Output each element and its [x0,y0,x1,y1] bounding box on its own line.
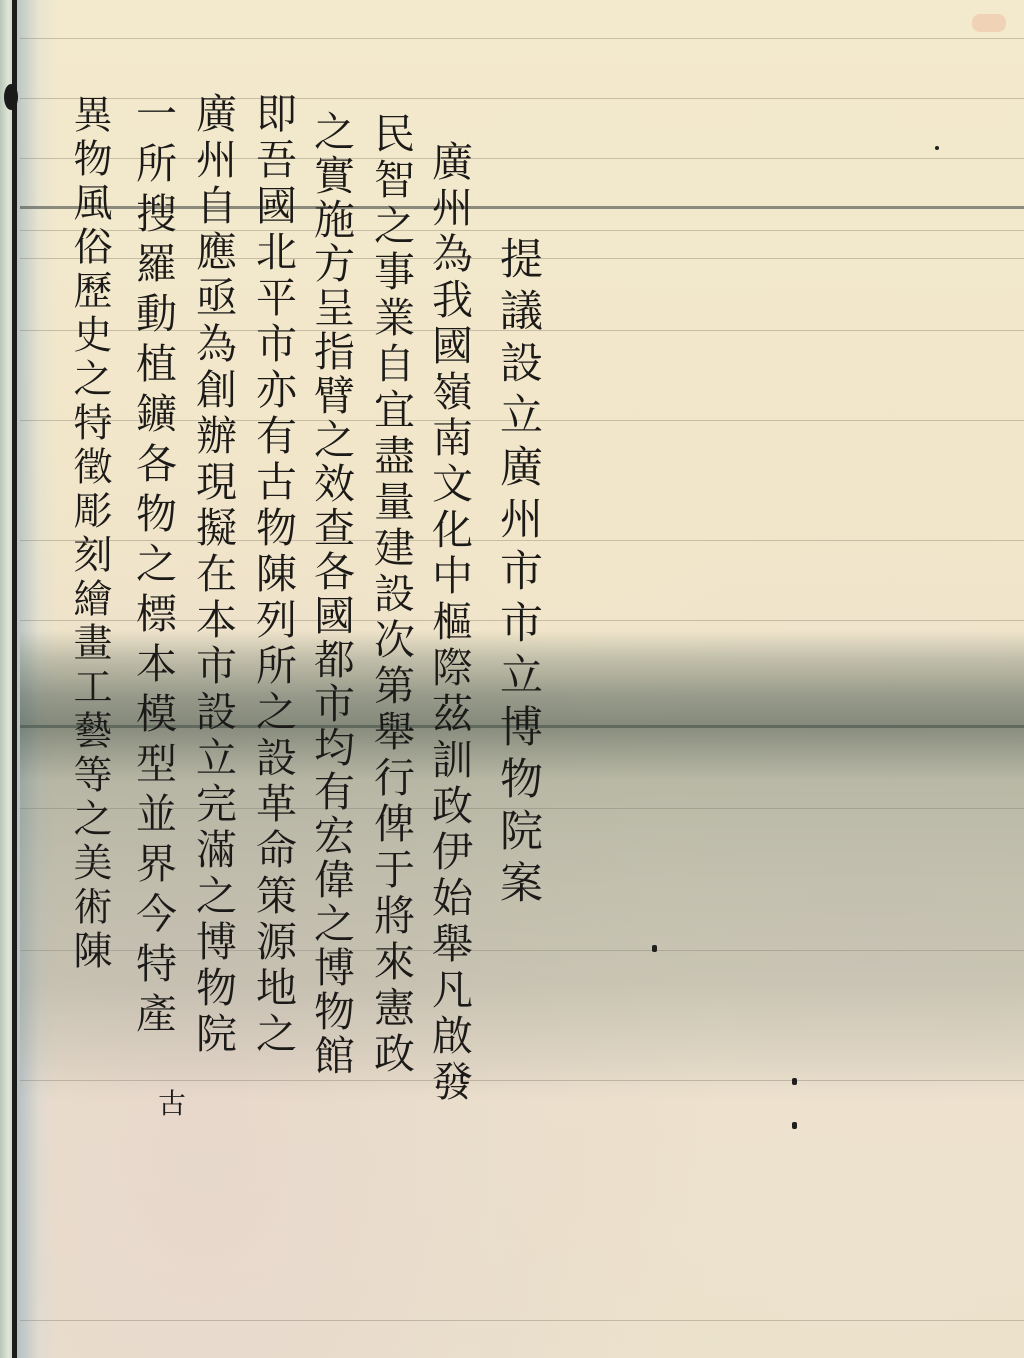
text-column-6: 一所搜羅動植鑛各物之標本模型並界今特產 [132,92,173,1042]
text-column-5: 廣州自應亟為創辦現擬在本市設立完滿之博物院 [192,92,233,1058]
binding-thread-knot [4,84,18,110]
text-column-3: 之實施方呈指臂之效查各國都市均有宏偉之博物館 [310,110,351,1078]
proposal-title: 提議設立廣州市市立博物院案 [496,236,539,912]
text-column-4: 即吾國北平市亦有古物陳列所之設革命策源地之 [252,92,293,1058]
marginal-insertion: 古 [158,1082,186,1122]
ruled-line [20,38,1024,39]
ruled-line [20,1320,1024,1321]
ink-speck [652,945,657,952]
manuscript-page: 提議設立廣州市市立博物院案 廣州為我國嶺南文化中樞際茲訓政伊始舉凡啟發 民智之事… [0,0,1024,1358]
faint-stamp-mark [972,14,1006,32]
text-column-2: 民智之事業自宜盡量建設次第舉行俾于將來憲政 [370,112,411,1078]
text-column-1: 廣州為我國嶺南文化中樞際茲訓政伊始舉凡啟發 [428,140,469,1106]
ink-speck [792,1122,797,1129]
text-column-7: 異物風俗歷史之特徵彫刻繪畫工藝等之美術陳 [70,94,109,974]
ink-speck [792,1078,797,1085]
ink-speck [935,146,939,150]
